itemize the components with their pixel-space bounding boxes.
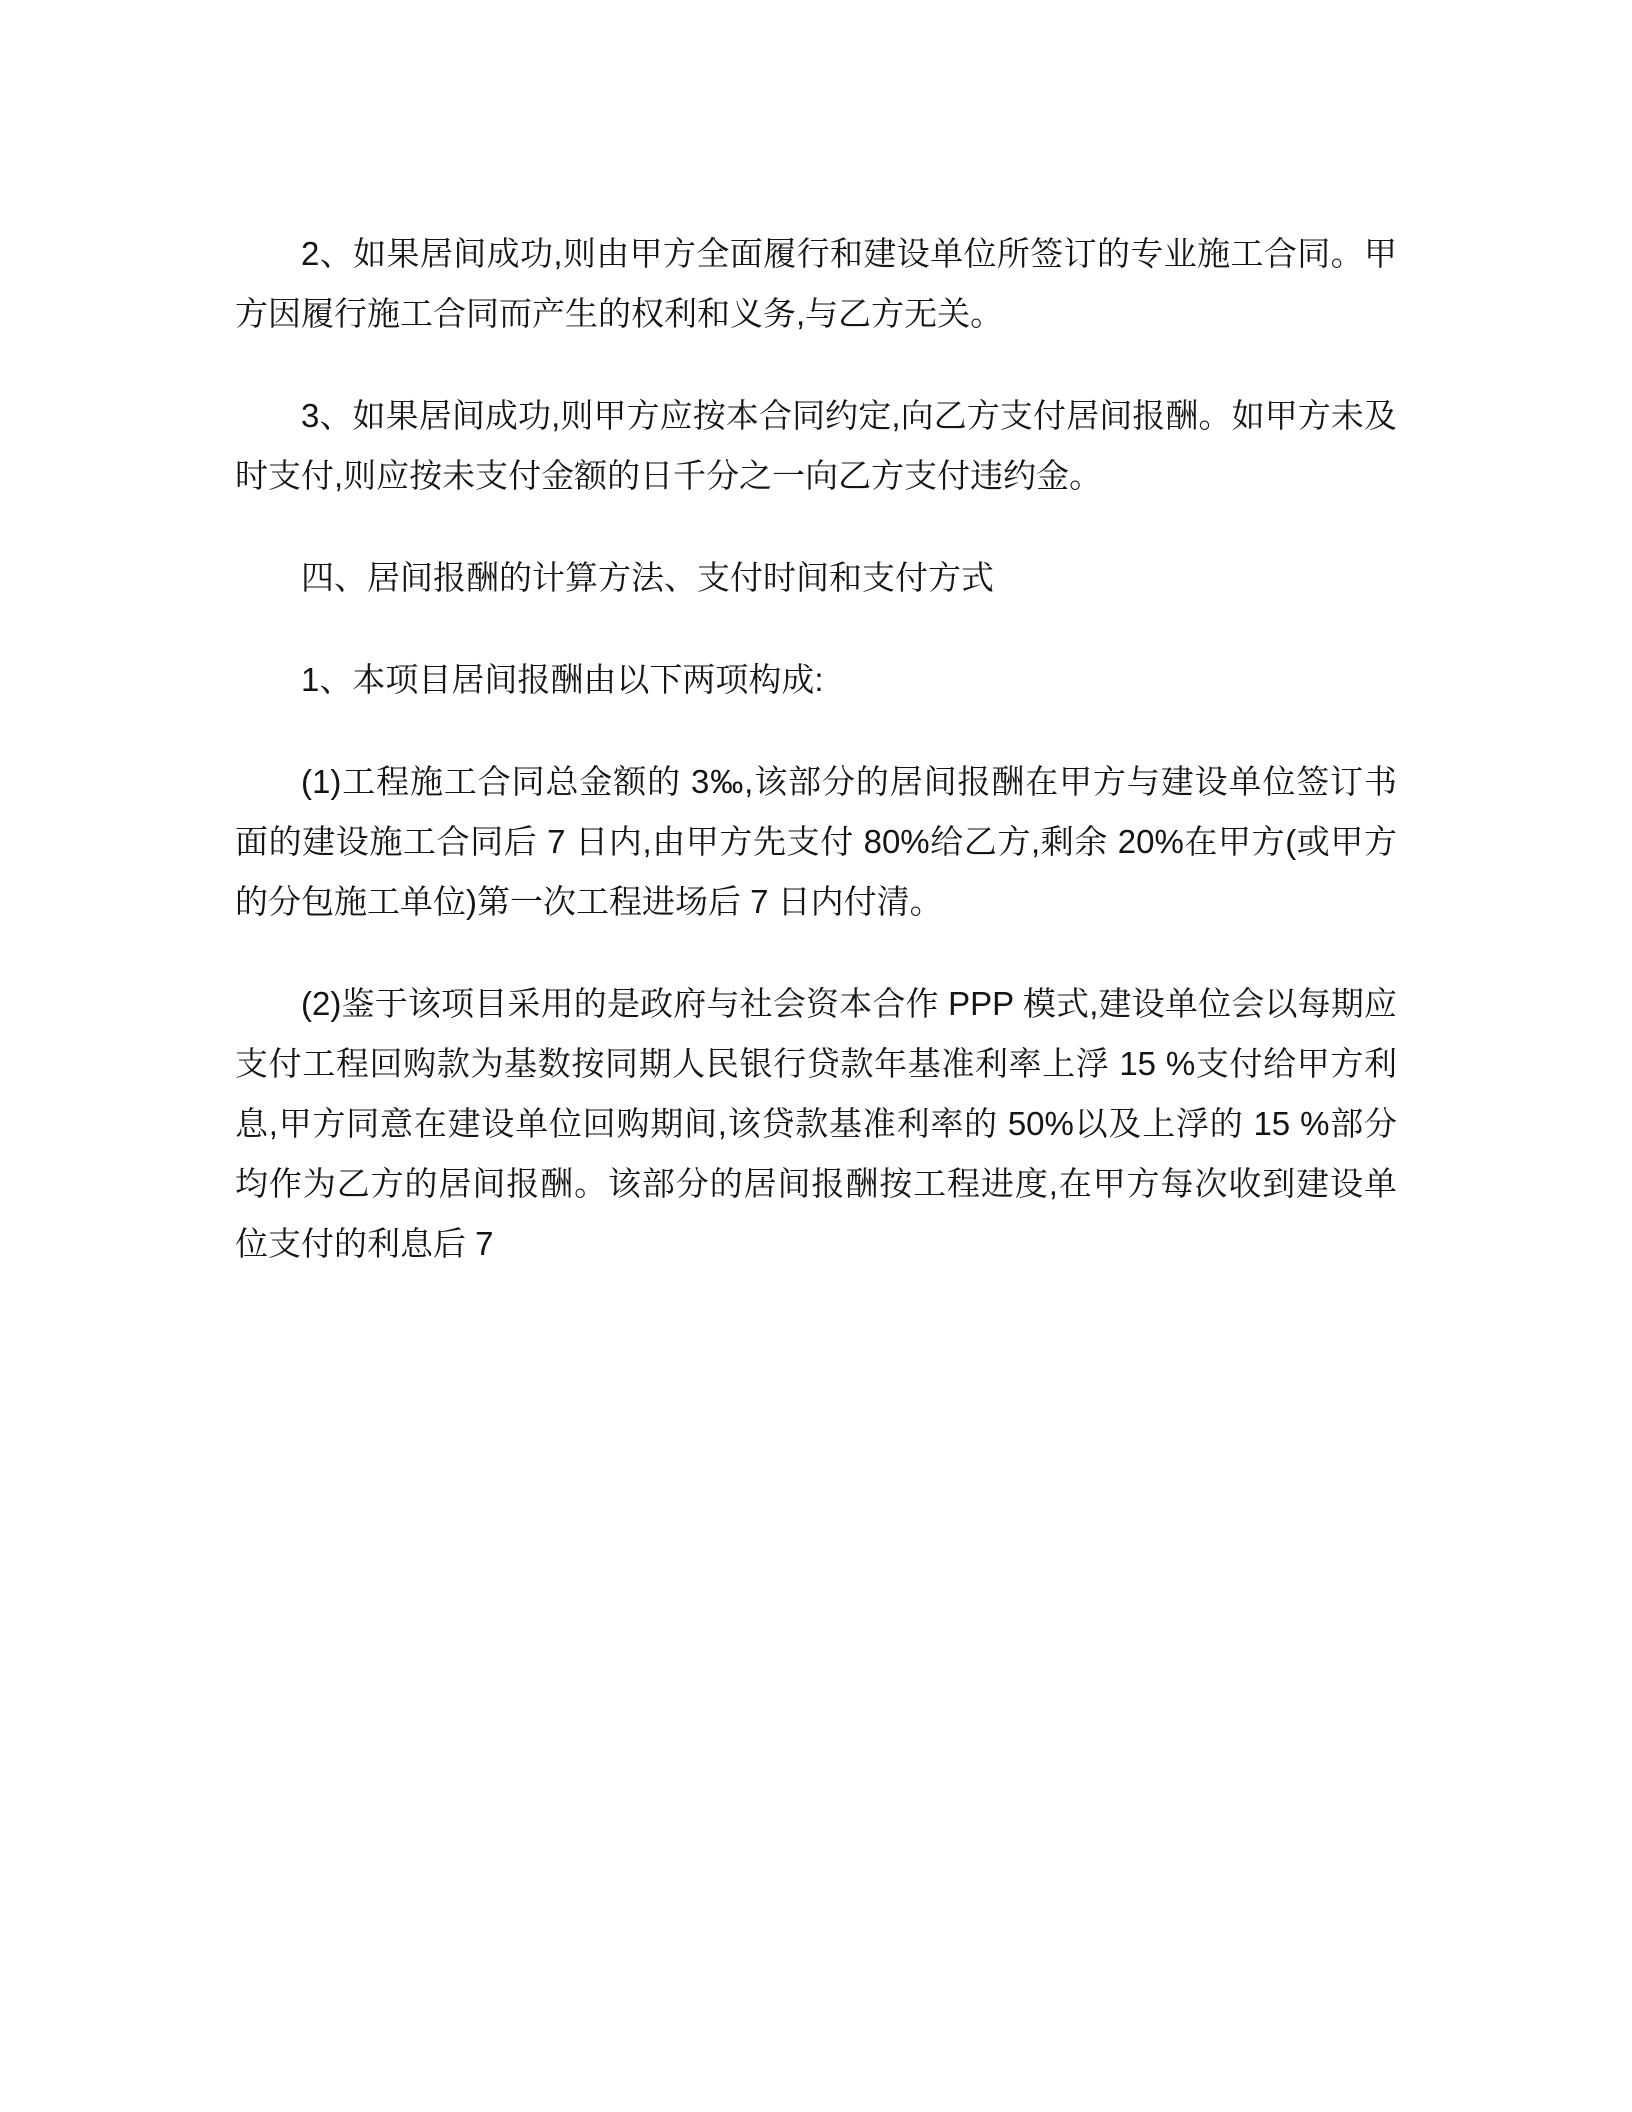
contract-clause-2: 2、如果居间成功,则由甲方全面履行和建设单位所签订的专业施工合同。甲方因履行施工… bbox=[235, 224, 1397, 344]
section-heading-payment-terms: 四、居间报酬的计算方法、支付时间和支付方式 bbox=[235, 548, 1397, 608]
remuneration-item-2: (2)鉴于该项目采用的是政府与社会资本合作 PPP 模式,建设单位会以每期应支付… bbox=[235, 974, 1397, 1274]
contract-clause-3: 3、如果居间成功,则甲方应按本合同约定,向乙方支付居间报酬。如甲方未及时支付,则… bbox=[235, 386, 1397, 506]
remuneration-item-1: (1)工程施工合同总金额的 3‰,该部分的居间报酬在甲方与建设单位签订书面的建设… bbox=[235, 752, 1397, 932]
remuneration-composition-intro: 1、本项目居间报酬由以下两项构成: bbox=[235, 650, 1397, 710]
document-body: 2、如果居间成功,则由甲方全面履行和建设单位所签订的专业施工合同。甲方因履行施工… bbox=[235, 224, 1397, 1316]
document-page: 2、如果居间成功,则由甲方全面履行和建设单位所签订的专业施工合同。甲方因履行施工… bbox=[0, 0, 1632, 2112]
